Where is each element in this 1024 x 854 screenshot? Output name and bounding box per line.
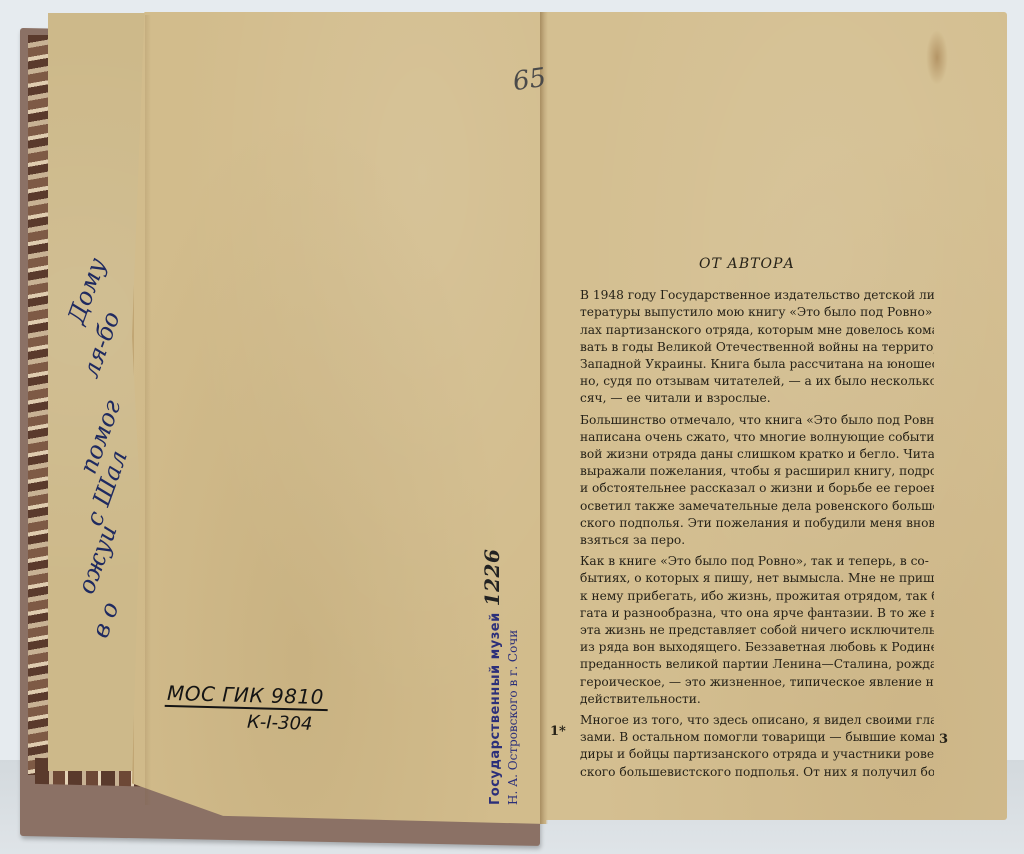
text-line: преданность великой партии Ленина—Сталин… xyxy=(560,656,934,673)
text-line: лах партизанского отряда, которым мне до… xyxy=(560,322,934,339)
paper-stain xyxy=(926,30,948,85)
text-line: героическое, — это жизненное, типическое… xyxy=(560,674,934,691)
text-line: и обстоятельнее рассказал о жизни и борь… xyxy=(560,480,934,497)
text-line: гата и разнообразна, что она ярче фантаз… xyxy=(560,605,934,622)
page-text: ОТ АВТОРА В 1948 году Государственное из… xyxy=(560,256,934,785)
stamp-line-1: Государственный музей xyxy=(488,612,503,805)
paragraph-1: В 1948 году Государственное издательство… xyxy=(560,287,934,407)
text-line: Многое из того, что здесь описано, я вид… xyxy=(560,712,934,729)
text-line: бытиях, о которых я пишу, нет вымысла. М… xyxy=(560,570,934,587)
museum-stamp: Государственный музей1226 Н. А. Островск… xyxy=(480,549,520,805)
text-line: к нему прибегать, ибо жизнь, прожитая от… xyxy=(560,588,934,605)
signature-mark: 1* xyxy=(550,724,566,739)
text-line: написана очень сжато, что многие волнующ… xyxy=(560,429,934,446)
text-line: вой жизни отряда даны слишком кратко и б… xyxy=(560,446,934,463)
text-line: Большинство отмечало, что книга «Это был… xyxy=(560,412,934,429)
stamp-line-2: Н. А. Островского в г. Сочи xyxy=(506,549,520,805)
text-line: из ряда вон выходящего. Беззаветная любо… xyxy=(560,639,934,656)
text-line: действительности. xyxy=(560,691,934,708)
text-line: эта жизнь не представляет собой ничего и… xyxy=(560,622,934,639)
text-line: диры и бойцы партизанского отряда и учас… xyxy=(560,746,934,763)
catalog-line-1: МОС ГИК 9810 xyxy=(165,681,329,711)
catalog-number: МОС ГИК 9810 К-I-304 xyxy=(165,683,328,734)
catalog-line-2: К-I-304 xyxy=(247,712,329,736)
text-line: Как в книге «Это было под Ровно», так и … xyxy=(560,553,934,570)
pencil-mark: 65 xyxy=(511,63,548,97)
text-line: Западной Украины. Книга была рассчитана … xyxy=(560,356,934,373)
text-line: ского подполья. Эти пожелания и побудили… xyxy=(560,515,934,532)
marbled-edge-left xyxy=(28,35,50,775)
text-line: зами. В остальном помогли товарищи — быв… xyxy=(560,729,934,746)
page-number: 3 xyxy=(939,732,948,747)
book-gutter xyxy=(540,12,548,824)
text-line: ского большевистского подполья. От них я… xyxy=(560,764,934,781)
text-line: взяться за перо. xyxy=(560,532,934,549)
paragraph-4: Многое из того, что здесь описано, я вид… xyxy=(560,712,934,781)
text-line: вать в годы Великой Отечественной войны … xyxy=(560,339,934,356)
text-line: В 1948 году Государственное издательство… xyxy=(560,287,934,304)
paragraph-3: Как в книге «Это было под Ровно», так и … xyxy=(560,553,934,708)
text-line: сяч, — ее читали и взрослые. xyxy=(560,390,934,407)
chapter-title: ОТ АВТОРА xyxy=(560,256,934,273)
inventory-number: 1226 xyxy=(480,549,504,607)
text-line: тературы выпустило мою книгу «Это было п… xyxy=(560,304,934,321)
fold-crease xyxy=(145,15,151,805)
text-line: осветил также замечательные дела ровенск… xyxy=(560,498,934,515)
paragraph-2: Большинство отмечало, что книга «Это был… xyxy=(560,412,934,550)
text-line: но, судя по отзывам читателей, — а их бы… xyxy=(560,373,934,390)
text-line: выражали пожелания, чтобы я расширил кни… xyxy=(560,463,934,480)
